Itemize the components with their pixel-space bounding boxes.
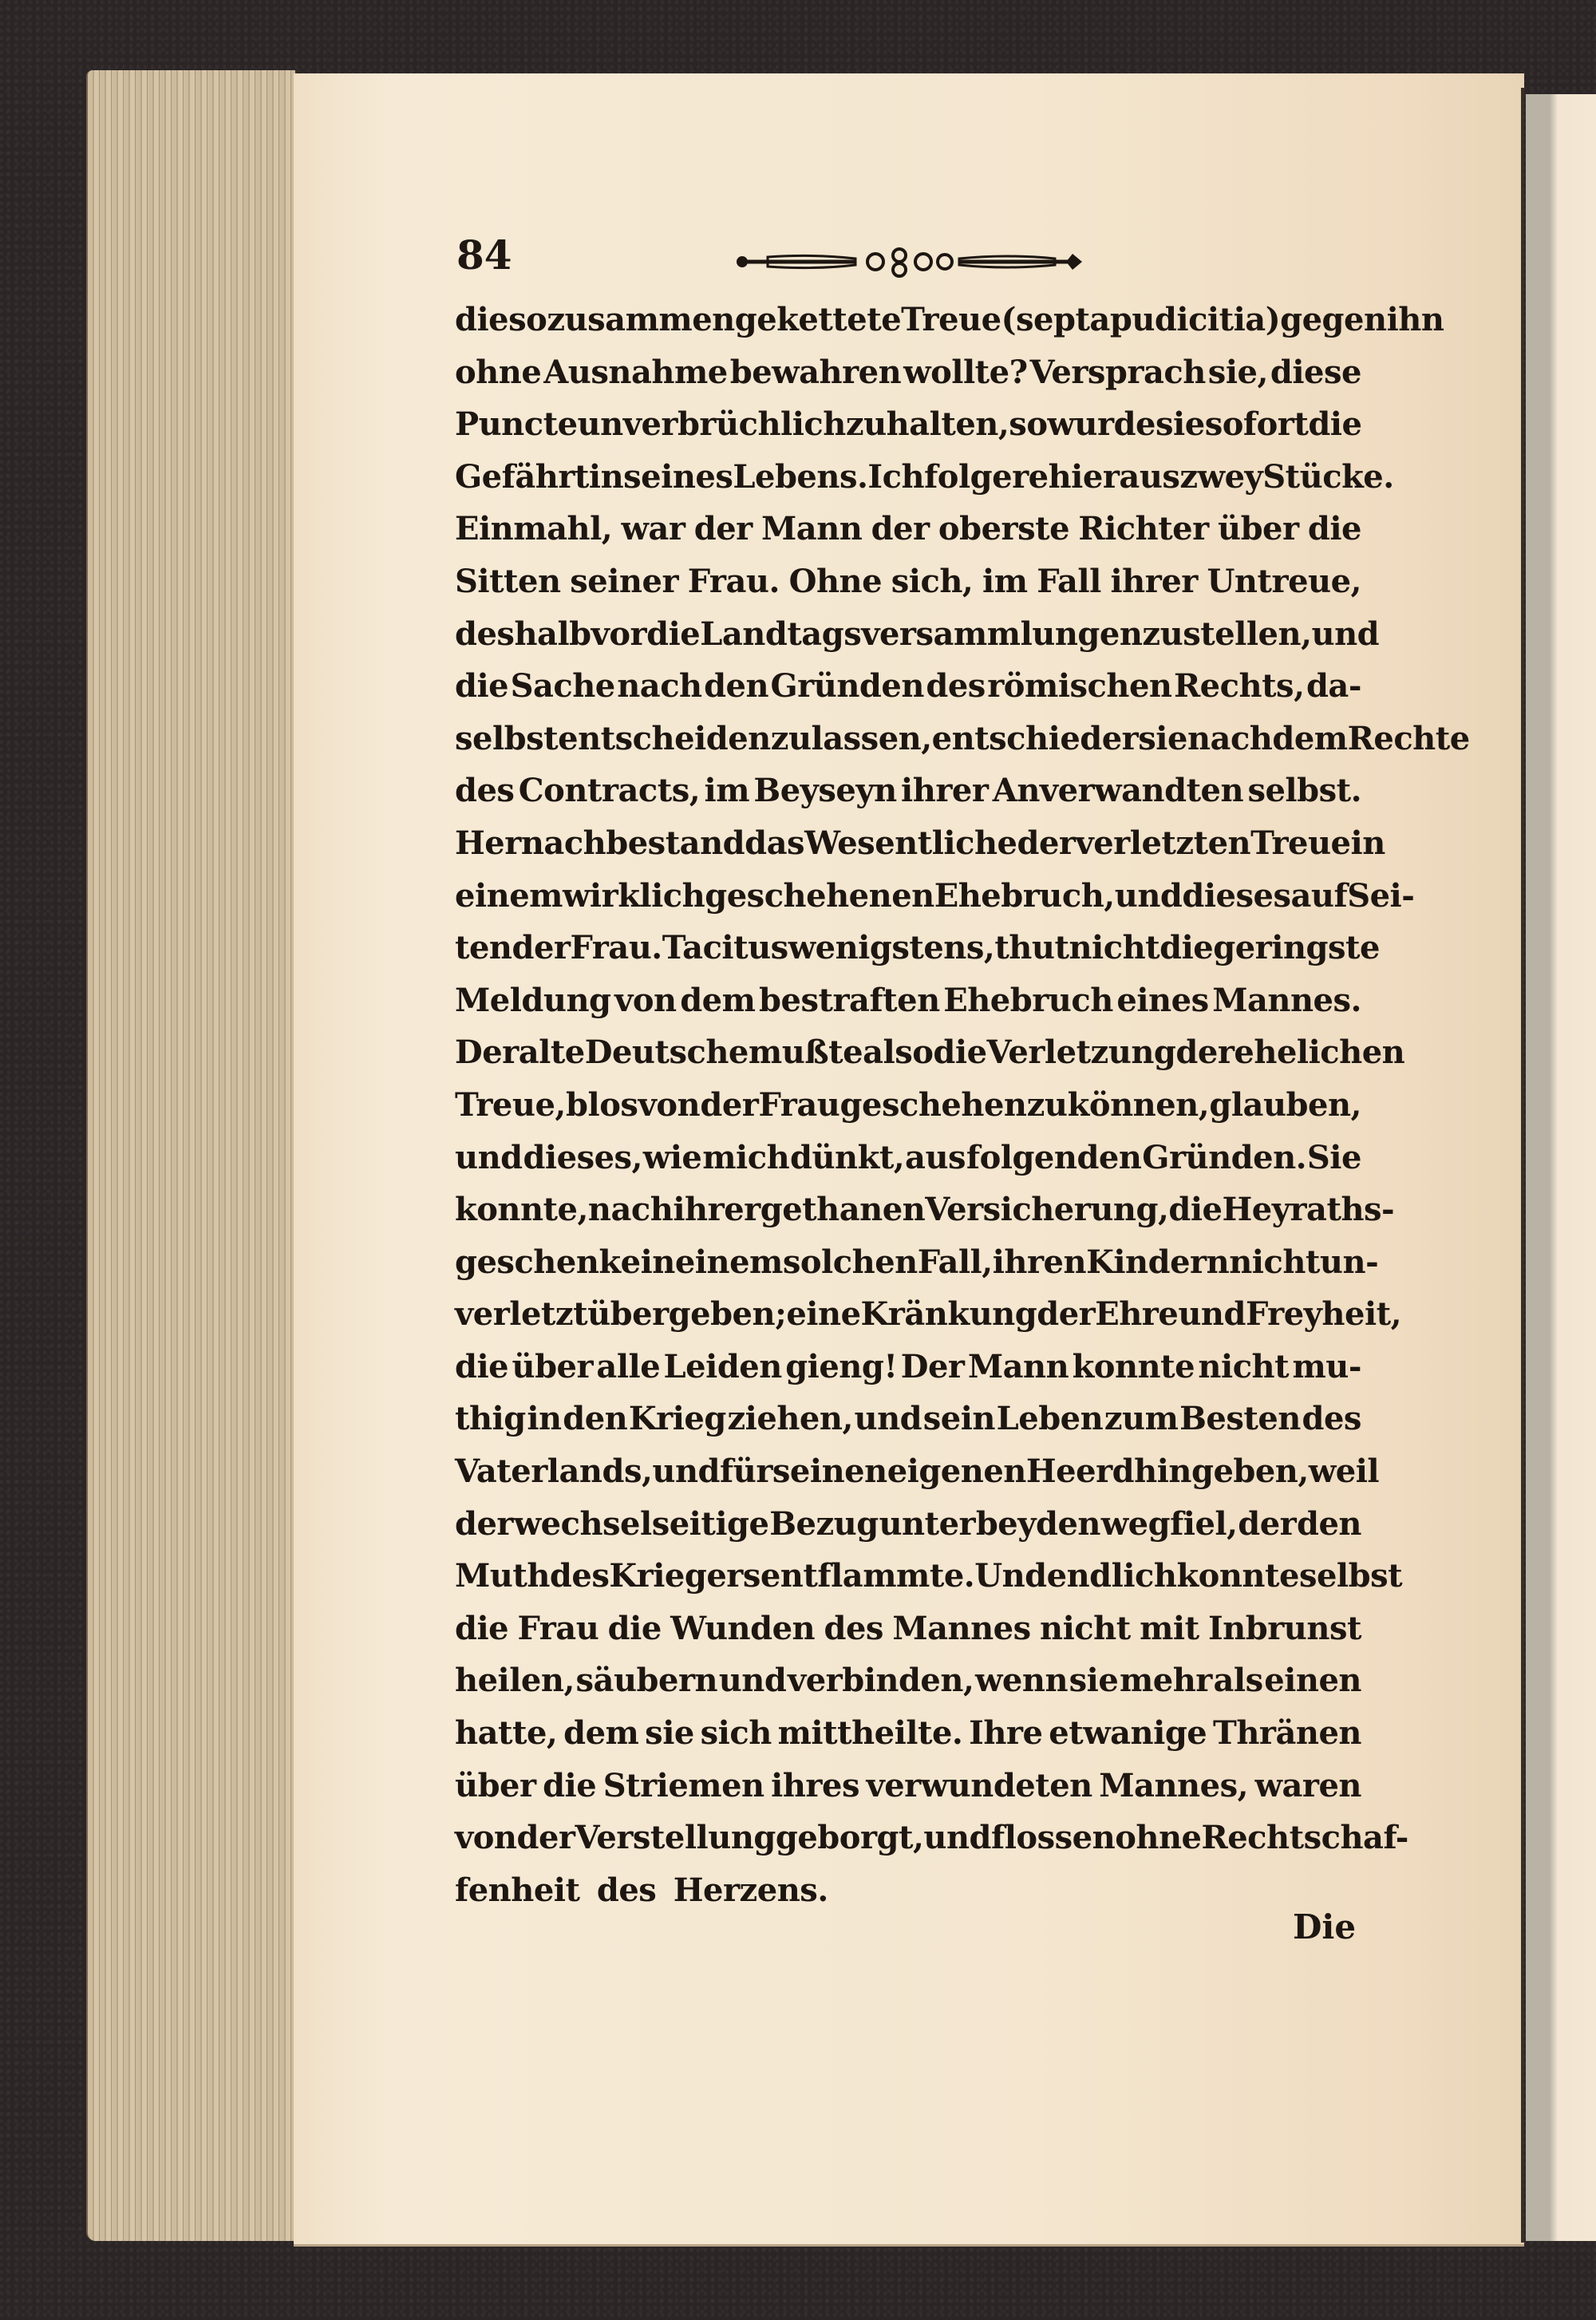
word: einen [1264, 1654, 1361, 1707]
word: über [1218, 503, 1299, 555]
word: Tacitus [662, 922, 788, 974]
word: Versprach [1030, 346, 1206, 399]
text-line: GefährtinseinesLebens.Ichfolgerehierausz… [455, 451, 1361, 504]
word: geschehenen [705, 870, 934, 923]
word: und [1115, 870, 1183, 923]
word: zwey [1179, 451, 1262, 504]
word: und [923, 1812, 991, 1864]
word: zu [771, 713, 812, 765]
word: die [933, 1026, 986, 1079]
word: da- [1306, 660, 1361, 713]
word: und [455, 1132, 523, 1184]
word: Kindern [1086, 1236, 1229, 1289]
word: seines [623, 451, 733, 504]
text-line: heilen,säubernundverbinden,wennsiemehral… [455, 1654, 1361, 1707]
text-line: dieFraudieWundendesMannesnichtmitInbruns… [455, 1603, 1361, 1655]
text-line: geschenkeineinemsolchenFall,ihrenKindern… [455, 1236, 1361, 1289]
word: wie [643, 1132, 702, 1184]
page-block-edges [88, 70, 295, 2241]
word: mit [1140, 1603, 1199, 1655]
word: hingeben, [1134, 1445, 1309, 1498]
word: selbst. [1247, 765, 1361, 817]
text-line: derwechselseitigeBezugunterbeydenwegfiel… [455, 1498, 1361, 1551]
word: ohne [455, 346, 541, 399]
word: nach [588, 1184, 673, 1236]
word: Treue [901, 294, 1001, 346]
text-line: Vaterlands,undfürseineneigenenHeerdhinge… [455, 1445, 1361, 1498]
word: geschenke [455, 1236, 641, 1289]
word: konnte, [455, 1184, 588, 1236]
word: Freyheit, [1246, 1288, 1401, 1341]
word: Treue [1250, 817, 1350, 870]
word: und [855, 1393, 922, 1445]
word: bestand [606, 817, 745, 870]
word: eine [786, 1288, 860, 1341]
word: bewahren [730, 346, 901, 399]
word: sich [701, 1707, 772, 1760]
word: eines [1116, 974, 1208, 1027]
word: er [1102, 713, 1139, 765]
word: verwundeten [866, 1760, 1092, 1812]
word: geschehen [840, 1079, 1027, 1132]
word: verbinden, [788, 1654, 974, 1707]
word: wenigstens, [788, 922, 995, 974]
text-line: verletztübergeben;eineKränkungderEhreund… [455, 1288, 1361, 1341]
word: hieraus [1049, 451, 1180, 504]
word: beyden [976, 1498, 1100, 1551]
word: Treue, [455, 1079, 566, 1132]
word: Ich [867, 451, 924, 504]
text-line: MuthdesKriegersentflammte.Undendlichkonn… [455, 1550, 1361, 1603]
word: alte [519, 1026, 585, 1079]
word: eigenen [887, 1445, 1026, 1498]
word: ziehen, [727, 1393, 852, 1445]
word: das [745, 817, 804, 870]
word: heilen, [455, 1654, 575, 1707]
word: für [720, 1445, 772, 1498]
word: des [1302, 1393, 1361, 1445]
word: können, [1068, 1079, 1210, 1132]
word: dieses [1182, 870, 1290, 923]
word: blos [566, 1079, 638, 1132]
word: war [622, 503, 685, 555]
text-line: vonderVerstellunggeborgt,undflossenohneR… [455, 1812, 1361, 1864]
facing-page-edge [1526, 94, 1596, 2241]
word: einem [455, 870, 563, 923]
word: Beyseyn [753, 765, 896, 817]
word: in [1351, 817, 1385, 870]
word: zu [846, 398, 887, 451]
word: Mann [761, 503, 862, 555]
word: und [652, 1445, 720, 1498]
word: halten, [887, 398, 1009, 451]
word: über [512, 1341, 593, 1393]
text-line: hatte,demsiesichmittheilte.IhreetwanigeT… [455, 1707, 1361, 1760]
word: Stücke. [1262, 451, 1393, 504]
word: aus [905, 1132, 966, 1184]
word: als [1213, 1654, 1262, 1707]
word: weil [1309, 1445, 1379, 1498]
word: von [614, 974, 677, 1027]
word: Rechts, [1174, 660, 1305, 713]
word: die [1168, 1184, 1222, 1236]
word: der [1037, 1288, 1095, 1341]
word: nicht [1069, 922, 1159, 974]
word: übergeben; [587, 1288, 786, 1341]
word: nicht [1040, 1603, 1131, 1655]
word: im [705, 765, 750, 817]
text-line: überdieStriemenihresverwundetenMannes,wa… [455, 1760, 1361, 1812]
word: mußte [749, 1026, 863, 1079]
word: alle [596, 1341, 660, 1393]
word: sie [1069, 1654, 1119, 1707]
word: wenn [975, 1654, 1068, 1707]
word: ohne [1115, 1812, 1201, 1864]
word: Gefährtin [455, 451, 623, 504]
word: nach [617, 660, 701, 713]
word: Verstellung [575, 1812, 776, 1864]
word: der [1175, 1026, 1234, 1079]
word: sie [1156, 398, 1205, 451]
text-line: diesozusammengeketteteTreue(septapudicit… [455, 294, 1361, 346]
word: die [1159, 922, 1213, 974]
word: Untreue, [1207, 555, 1361, 608]
word: Besten [1179, 1393, 1301, 1445]
word: die [455, 660, 508, 713]
word: in [641, 1236, 675, 1289]
word: stellen, [1183, 608, 1311, 661]
word: Versicherung, [925, 1184, 1168, 1236]
word: unter [879, 1498, 975, 1551]
word: Contracts, [519, 765, 700, 817]
word: des [824, 1603, 883, 1655]
word: die [543, 1760, 596, 1812]
word: zu [1027, 1079, 1068, 1132]
word: pudicitia) [1110, 294, 1280, 346]
word: Muth [455, 1550, 550, 1603]
text-line: MeldungvondembestraftenEhebrucheinesMann… [455, 974, 1361, 1027]
word: Ehre [1095, 1288, 1178, 1341]
word: die [455, 294, 508, 346]
text-line: dieSachenachdenGründendesrömischenRechts… [455, 660, 1361, 713]
word: einem [675, 1236, 783, 1289]
word: Ausnahme [543, 346, 728, 399]
word: die [455, 1341, 508, 1393]
word: wirklich [563, 870, 705, 923]
word: römischen [987, 660, 1171, 713]
word: des [455, 765, 514, 817]
word: mehr [1120, 1654, 1212, 1707]
word: folgenden [966, 1132, 1142, 1184]
word: Sache [511, 660, 615, 713]
word: den [1297, 1498, 1361, 1551]
word: dem [680, 974, 755, 1027]
page-gutter [1521, 88, 1524, 2243]
word: Striemen [603, 1760, 764, 1812]
word: thut [994, 922, 1069, 974]
word: mich [702, 1132, 789, 1184]
word: der [1017, 817, 1075, 870]
text-line: thigindenKriegziehen,undseinLebenzumBest… [455, 1393, 1361, 1445]
word: die [1308, 398, 1361, 451]
word: selbst [1299, 1550, 1402, 1603]
word: seinen [772, 1445, 887, 1498]
word: so [508, 294, 547, 346]
text-line: selbstentscheidenzulassen,entschiedersie… [455, 713, 1361, 765]
catchword: Die [1293, 1907, 1356, 1947]
word: mu- [1292, 1341, 1361, 1393]
text-line: Puncteunverbrüchlichzuhalten,sowurdesies… [455, 398, 1361, 451]
word: im [982, 555, 1028, 608]
word: gieng! [785, 1341, 897, 1393]
word: Rechtschaf- [1201, 1812, 1408, 1864]
word: der [455, 1498, 513, 1551]
word: der [694, 503, 753, 555]
word: Frau [759, 1079, 840, 1132]
word: Vaterlands, [455, 1445, 652, 1498]
text-line: einemwirklichgeschehenenEhebruch,unddies… [455, 870, 1361, 923]
word: seiner [570, 555, 678, 608]
page-header: 84 [456, 231, 1382, 287]
word: selbst [455, 713, 558, 765]
word: Gründen [771, 660, 924, 713]
word: oberste [938, 503, 1069, 555]
word: dieses, [523, 1132, 642, 1184]
word: Heerd [1026, 1445, 1134, 1498]
word: ihrer [673, 1184, 760, 1236]
word: sie, [1208, 346, 1268, 399]
word: Kriegers [609, 1550, 760, 1603]
word: gekettete [735, 294, 901, 346]
word: Rechte [1348, 713, 1470, 765]
word: Wesentliche [804, 817, 1017, 870]
word: nicht [1229, 1236, 1320, 1289]
word: Anverwandten [993, 765, 1243, 817]
text-line: Treue,blosvonderFraugeschehenzukönnen,gl… [455, 1079, 1361, 1132]
word: dem [563, 1707, 638, 1760]
word: von [638, 1079, 701, 1132]
word: thig [455, 1393, 526, 1445]
word: Verletzung [987, 1026, 1176, 1079]
word: Fall [1037, 555, 1101, 608]
word: waren [1255, 1760, 1361, 1812]
word: ihrer [901, 765, 988, 817]
word: Mannes [892, 1603, 1030, 1655]
text-line: fenheit des Herzens. [455, 1864, 1361, 1917]
body-text: diesozusammengeketteteTreue(septapudicit… [455, 294, 1361, 1916]
word: Fall, [918, 1236, 993, 1289]
word: sein [923, 1393, 995, 1445]
text-line: dieüberalleLeidengieng!DerMannkonntenich… [455, 1341, 1361, 1393]
word: geborgt, [776, 1812, 924, 1864]
word: mittheilte. [778, 1707, 963, 1760]
word: Heyraths- [1223, 1184, 1395, 1236]
word: wollte? [903, 346, 1027, 399]
word: Bezug [769, 1498, 879, 1551]
word: zum [1104, 1393, 1179, 1445]
word: die [455, 1603, 508, 1655]
word: Lebens. [733, 451, 867, 504]
word: ten [455, 922, 512, 974]
text-line-content: fenheit des Herzens. [455, 1864, 828, 1917]
word: dem [1272, 713, 1347, 765]
word: wegfiel, [1101, 1498, 1238, 1551]
word: zusammen [547, 294, 734, 346]
word: glauben, [1209, 1079, 1361, 1132]
word: verletzt [455, 1288, 587, 1341]
word: Leiden [664, 1341, 782, 1393]
word: des [550, 1550, 609, 1603]
text-line: ohneAusnahmebewahrenwollte?Versprachsie,… [455, 346, 1361, 399]
word: gethanen [760, 1184, 926, 1236]
word: die [608, 1603, 662, 1655]
word: entflammte. [760, 1550, 974, 1603]
word: der [700, 1079, 758, 1132]
text-line: Einmahl,warderMannderobersteRichterüberd… [455, 503, 1361, 555]
word: so [1205, 398, 1243, 451]
word: Ehebruch, [934, 870, 1115, 923]
word: endlich [1047, 1550, 1177, 1603]
word: in [527, 1393, 561, 1445]
word: ihres [771, 1760, 859, 1812]
word: Mann [968, 1341, 1069, 1393]
word: die [1308, 503, 1361, 555]
word: Inbrunst [1208, 1603, 1361, 1655]
word: Ehebruch [943, 974, 1113, 1027]
word: sich, [891, 555, 974, 608]
word: fort [1243, 398, 1308, 451]
word: der [871, 503, 930, 555]
word: ihren [993, 1236, 1086, 1289]
word: Sitten [455, 555, 561, 608]
word: (septa [1001, 294, 1110, 346]
word: Ihre [969, 1707, 1042, 1760]
word: Frau [518, 1603, 599, 1655]
word: des [926, 660, 985, 713]
word: Landtagsversammlungen [700, 608, 1142, 661]
word: so [1009, 398, 1047, 451]
word: hatte, [455, 1707, 557, 1760]
word: Hernach [455, 817, 606, 870]
word: ihn [1387, 294, 1444, 346]
word: ihrer [1110, 555, 1197, 608]
text-line: deshalbvordieLandtagsversammlungenzustel… [455, 608, 1361, 661]
word: entschied [932, 713, 1102, 765]
word: bestraften [759, 974, 940, 1027]
word: nicht [1198, 1341, 1289, 1393]
word: gegen [1280, 294, 1386, 346]
word: Thränen [1213, 1707, 1361, 1760]
word: von [455, 1812, 517, 1864]
word: Der [901, 1341, 965, 1393]
word: ehelichen [1234, 1026, 1404, 1079]
word: Deutsche [585, 1026, 749, 1079]
text-line: unddieses,wiemichdünkt,ausfolgendenGründ… [455, 1132, 1361, 1184]
word: Leben [997, 1393, 1104, 1445]
word: Und [974, 1550, 1046, 1603]
word: Sei- [1347, 870, 1414, 923]
word: Sie [1307, 1132, 1361, 1184]
page-number: 84 [456, 231, 512, 279]
word: den [563, 1393, 627, 1445]
word: Kränkung [861, 1288, 1037, 1341]
word: säubern [576, 1654, 718, 1707]
word: solchen [783, 1236, 918, 1289]
word: flossen [991, 1812, 1115, 1864]
text-line: SittenseinerFrau.Ohnesich,imFallihrerUnt… [455, 555, 1361, 608]
word: konnte [1176, 1550, 1298, 1603]
word: nach [1187, 713, 1272, 765]
word: der [512, 922, 571, 974]
text-line: konnte,nachihrergethanenVersicherung,die… [455, 1184, 1361, 1236]
word: sie [1138, 713, 1187, 765]
word: Mannes. [1212, 974, 1361, 1027]
word: etwanige [1049, 1707, 1207, 1760]
word: also [863, 1026, 933, 1079]
word: auf [1290, 870, 1347, 923]
word: Gründen. [1142, 1132, 1306, 1184]
word: Frau. [571, 922, 662, 974]
text-line: tenderFrau.Tacituswenigstens,thutnichtdi… [455, 922, 1361, 974]
word: Ohne [789, 555, 882, 608]
word: Puncte [455, 398, 578, 451]
word: die [646, 608, 700, 661]
word: entscheiden [558, 713, 771, 765]
word: verletzten [1075, 817, 1250, 870]
word: diese [1270, 346, 1361, 399]
word: und [1312, 608, 1380, 661]
word: folgere [924, 451, 1049, 504]
word: Wunden [670, 1603, 815, 1655]
word: lassen, [812, 713, 932, 765]
word: den [704, 660, 768, 713]
word: über [455, 1760, 536, 1812]
word: geringste [1213, 922, 1380, 974]
word: dünkt, [790, 1132, 904, 1184]
word: konnte [1073, 1341, 1195, 1393]
word: der [517, 1812, 575, 1864]
word: und [1178, 1288, 1246, 1341]
word: vor [591, 608, 647, 661]
word: Richter [1078, 503, 1208, 555]
word: wechselseitige [514, 1498, 769, 1551]
text-line: desContracts,imBeyseynihrerAnverwandtens… [455, 765, 1361, 817]
word: unverbrüchlich [578, 398, 846, 451]
text-line: DeralteDeutschemußtealsodieVerletzungder… [455, 1026, 1361, 1079]
word: Krieg [629, 1393, 726, 1445]
word: sie [645, 1707, 694, 1760]
ornament-rule-icon [736, 246, 1087, 278]
word: Einmahl, [455, 503, 612, 555]
word: Der [455, 1026, 519, 1079]
word: Frau. [688, 555, 780, 608]
word: wurde [1048, 398, 1156, 451]
word: der [1238, 1498, 1296, 1551]
word: Meldung [455, 974, 611, 1027]
text-line: HernachbestanddasWesentlichederverletzte… [455, 817, 1361, 870]
word: deshalb [455, 608, 591, 661]
word: und [719, 1654, 787, 1707]
word: Mannes, [1099, 1760, 1248, 1812]
word: un- [1320, 1236, 1378, 1289]
word: zu [1142, 608, 1183, 661]
